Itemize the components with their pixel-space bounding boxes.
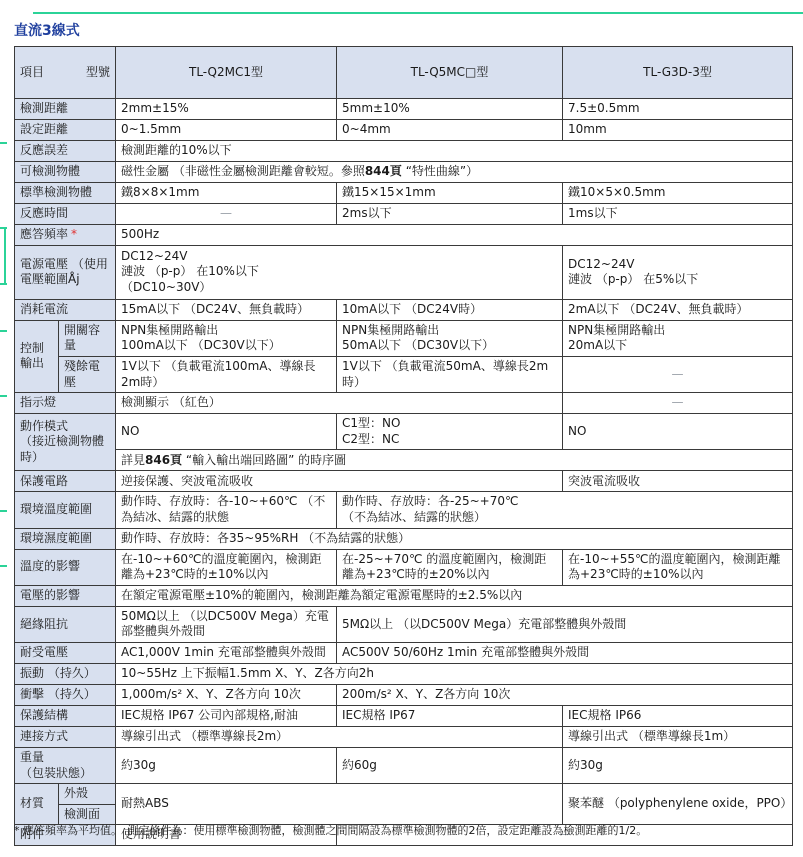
detectable-object-label: 可檢測物體 — [15, 161, 116, 182]
footnote-asterisk: * — [71, 227, 77, 241]
response-freq-value: 500Hz — [116, 224, 793, 245]
page-ref-846: 846頁 — [145, 453, 182, 467]
connection-label: 連接方式 — [15, 726, 116, 747]
row-standard-object: 標準檢測物體 鐵8×8×1mm 鐵15×15×1mm 鐵10×5×0.5mm — [15, 182, 793, 203]
protection-structure-c3: IEC規格 IP66 — [563, 705, 793, 726]
shock-c1: 1,000m/s² X、Y、Z各方向 10次 — [116, 684, 337, 705]
voltage-influence-value: 在額定電源電壓±10%的範圍內，檢測距離為額定電源電壓時的±2.5%以內 — [116, 585, 793, 606]
set-distance-label: 設定距離 — [15, 119, 116, 140]
detect-distance-label: 檢測距離 — [15, 98, 116, 119]
insulation-resistance-c1: 50MΩ以上 （以DC500V Mega）充電部整體與外殼間 — [116, 606, 337, 642]
margin-tick — [0, 330, 7, 332]
ambient-temp-label: 環境溫度範圍 — [15, 492, 116, 528]
row-withstand-voltage: 耐受電壓 AC1,000V 1min 充電部整體與外殼間 AC500V 50/6… — [15, 642, 793, 663]
standard-object-label: 標準檢測物體 — [15, 182, 116, 203]
current-consumption-label: 消耗電流 — [15, 299, 116, 320]
standard-object-c1: 鐵8×8×1mm — [116, 182, 337, 203]
weight-c1: 約30g — [116, 747, 337, 783]
insulation-resistance-c23: 5MΩ以上 （以DC500V Mega）充電部整體與外殼間 — [337, 606, 793, 642]
current-consumption-c3: 2mA以下 （DC24V、無負載時） — [563, 299, 793, 320]
response-time-c2: 2ms以下 — [337, 203, 563, 224]
row-insulation-resistance: 絕緣阻抗 50MΩ以上 （以DC500V Mega）充電部整體與外殼間 5MΩ以… — [15, 606, 793, 642]
shock-c23: 200m/s² X、Y、Z各方向 10次 — [337, 684, 793, 705]
response-time-c3: 1ms以下 — [563, 203, 793, 224]
margin-tick — [0, 283, 7, 285]
insulation-resistance-label: 絕緣阻抗 — [15, 606, 116, 642]
connection-c12: 導線引出式 （標準導線長2m） — [116, 726, 563, 747]
switching-capacity-label: 開關容量 — [59, 320, 116, 356]
row-response-time: 反應時間 — 2ms以下 1ms以下 — [15, 203, 793, 224]
row-protection-structure: 保護結構 IEC規格 IP67 公司內部規格,耐油 IEC規格 IP67 IEC… — [15, 705, 793, 726]
row-operation-mode: 動作模式 （接近檢測物體時） NO C1型：NO C2型：NC NO — [15, 414, 793, 450]
response-error-label: 反應誤差 — [15, 140, 116, 161]
header-model-3: TL-G3D-3型 — [563, 47, 793, 99]
header-item-model: 項目型號 — [15, 47, 116, 99]
set-distance-c3: 10mm — [563, 119, 793, 140]
row-ambient-humidity: 環境濕度範圍 動作時、存放時：各35~95%RH （不為結露的狀態） — [15, 528, 793, 549]
spec-table: 項目型號 TL-Q2MC1型 TL-Q5MC□型 TL-G3D-3型 檢測距離 … — [14, 46, 793, 846]
margin-tick — [0, 565, 7, 567]
row-vibration: 振動 （持久） 10~55Hz 上下振幅1.5mm X、Y、Z各方向2h — [15, 663, 793, 684]
residual-voltage-c2: 1V以下 （負載電流50mA、導線長2m時） — [337, 356, 563, 392]
row-protection-circuit: 保護電路 逆接保護、突波電流吸收 突波電流吸收 — [15, 471, 793, 492]
detect-distance-c3: 7.5±0.5mm — [563, 98, 793, 119]
row-response-freq: 應答頻率* 500Hz — [15, 224, 793, 245]
indicator-c3: — — [563, 393, 793, 414]
margin-tick — [0, 142, 7, 144]
response-freq-text: 應答頻率 — [20, 227, 68, 241]
protection-structure-c1: IEC規格 IP67 公司內部規格,耐油 — [116, 705, 337, 726]
response-freq-label: 應答頻率* — [15, 224, 116, 245]
protection-circuit-label: 保護電路 — [15, 471, 116, 492]
row-detect-distance: 檢測距離 2mm±15% 5mm±10% 7.5±0.5mm — [15, 98, 793, 119]
temp-influence-c1: 在-10~+60℃的溫度範圍內，檢測距離為+23℃時的±10%以內 — [116, 549, 337, 585]
header-row: 項目型號 TL-Q2MC1型 TL-Q5MC□型 TL-G3D-3型 — [15, 47, 793, 99]
vibration-label: 振動 （持久） — [15, 663, 116, 684]
standard-object-c2: 鐵15×15×1mm — [337, 182, 563, 203]
current-consumption-c1: 15mA以下 （DC24V、無負載時） — [116, 299, 337, 320]
header-model-label: 型號 — [86, 65, 110, 81]
withstand-voltage-c1: AC1,000V 1min 充電部整體與外殼間 — [116, 642, 337, 663]
header-model-1: TL-Q2MC1型 — [116, 47, 337, 99]
residual-voltage-c3: — — [563, 356, 793, 392]
row-current-consumption: 消耗電流 15mA以下 （DC24V、無負載時） 10mA以下 （DC24V時）… — [15, 299, 793, 320]
row-response-error: 反應誤差 檢測距離的10%以下 — [15, 140, 793, 161]
row-material-case: 材質 外殼 耐熱ABS 聚苯醚 （polyphenylene oxide，PPO… — [15, 784, 793, 805]
detect-distance-c2: 5mm±10% — [337, 98, 563, 119]
temp-influence-c3: 在-10~+55℃的溫度範圍內，檢測距離為+23℃時的±10%以內 — [563, 549, 793, 585]
row-ambient-temp: 環境溫度範圍 動作時、存放時：各-10~+60℃ （不為結冰、結露的狀態 動作時… — [15, 492, 793, 528]
residual-voltage-label: 殘餘電壓 — [59, 356, 116, 392]
timing-chart-note: 詳見846頁 “輸入輸出端回路圖” 的時序圖 — [116, 450, 793, 471]
row-connection: 連接方式 導線引出式 （標準導線長2m） 導線引出式 （標準導線長1m） — [15, 726, 793, 747]
detect-distance-c1: 2mm±15% — [116, 98, 337, 119]
set-distance-c2: 0~4mm — [337, 119, 563, 140]
page-title: 直流3線式 — [14, 20, 80, 40]
ambient-temp-c23: 動作時、存放時：各-25~+70℃ （不為結冰、結露的狀態） — [337, 492, 793, 528]
response-time-label: 反應時間 — [15, 203, 116, 224]
margin-tick — [0, 510, 7, 512]
material-c12: 耐熱ABS — [116, 784, 563, 825]
temp-influence-label: 溫度的影響 — [15, 549, 116, 585]
temp-influence-c2: 在-25~+70℃ 的溫度範圍內，檢測距離為+23℃時的±20%以內 — [337, 549, 563, 585]
operation-mode-c3: NO — [563, 414, 793, 450]
row-power-voltage: 電源電壓 （使用電壓範圍Åj DC12~24V 漣波 （p-p） 在10%以下 … — [15, 245, 793, 299]
header-item-label: 項目 — [20, 65, 44, 81]
weight-c2: 約60g — [337, 747, 563, 783]
shock-label: 衝擊 （持久） — [15, 684, 116, 705]
weight-c3: 約30g — [563, 747, 793, 783]
control-output-label: 控制輸出 — [15, 320, 59, 392]
row-voltage-influence: 電壓的影響 在額定電源電壓±10%的範圍內，檢測距離為額定電源電壓時的±2.5%… — [15, 585, 793, 606]
voltage-influence-label: 電壓的影響 — [15, 585, 116, 606]
vibration-value: 10~55Hz 上下振幅1.5mm X、Y、Z各方向2h — [116, 663, 793, 684]
response-error-value: 檢測距離的10%以下 — [116, 140, 793, 161]
switching-capacity-c3: NPN集極開路輸出 20mA以下 — [563, 320, 793, 356]
row-set-distance: 設定距離 0~1.5mm 0~4mm 10mm — [15, 119, 793, 140]
protection-structure-label: 保護結構 — [15, 705, 116, 726]
top-divider — [33, 12, 803, 14]
indicator-label: 指示燈 — [15, 393, 116, 414]
set-distance-c1: 0~1.5mm — [116, 119, 337, 140]
detectable-object-text: 磁性金屬 （非磁性金屬檢測距離會較短。參照 — [121, 164, 365, 178]
ambient-temp-c1: 動作時、存放時：各-10~+60℃ （不為結冰、結露的狀態 — [116, 492, 337, 528]
withstand-voltage-label: 耐受電壓 — [15, 642, 116, 663]
row-indicator: 指示燈 檢測顯示 （紅色） — — [15, 393, 793, 414]
detectable-object-value: 磁性金屬 （非磁性金屬檢測距離會較短。參照844頁 “特性曲線”） — [116, 161, 793, 182]
row-weight: 重量 （包裝狀態） 約30g 約60g 約30g — [15, 747, 793, 783]
timing-note-text: 詳見 — [121, 453, 145, 467]
detectable-object-text2: “特性曲線”） — [402, 164, 478, 178]
power-voltage-c12: DC12~24V 漣波 （p-p） 在10%以下 （DC10~30V） — [116, 245, 563, 299]
row-switching-capacity: 控制輸出 開關容量 NPN集極開路輸出 100mA以下 （DC30V以下） NP… — [15, 320, 793, 356]
row-temp-influence: 溫度的影響 在-10~+60℃的溫度範圍內，檢測距離為+23℃時的±10%以內 … — [15, 549, 793, 585]
power-voltage-label: 電源電壓 （使用電壓範圍Åj — [15, 245, 116, 299]
operation-mode-label: 動作模式 （接近檢測物體時） — [15, 414, 116, 471]
power-voltage-c3: DC12~24V 漣波 （p-p） 在5%以下 — [563, 245, 793, 299]
timing-note-text2: “輸入輸出端回路圖” 的時序圖 — [182, 453, 346, 467]
residual-voltage-c1: 1V以下 （負載電流100mA、導線長2m時） — [116, 356, 337, 392]
connection-c3: 導線引出式 （標準導線長1m） — [563, 726, 793, 747]
material-label: 材質 — [15, 784, 59, 825]
protection-structure-c2: IEC規格 IP67 — [337, 705, 563, 726]
page-ref-844: 844頁 — [365, 164, 402, 178]
row-timing-chart: 詳見846頁 “輸入輸出端回路圖” 的時序圖 — [15, 450, 793, 471]
row-detectable-object: 可檢測物體 磁性金屬 （非磁性金屬檢測距離會較短。參照844頁 “特性曲線”） — [15, 161, 793, 182]
switching-capacity-c1: NPN集極開路輸出 100mA以下 （DC30V以下） — [116, 320, 337, 356]
operation-mode-c2: C1型：NO C2型：NC — [337, 414, 563, 450]
row-residual-voltage: 殘餘電壓 1V以下 （負載電流100mA、導線長2m時） 1V以下 （負載電流5… — [15, 356, 793, 392]
response-time-c1: — — [116, 203, 337, 224]
row-shock: 衝擊 （持久） 1,000m/s² X、Y、Z各方向 10次 200m/s² X… — [15, 684, 793, 705]
indicator-c12: 檢測顯示 （紅色） — [116, 393, 563, 414]
operation-mode-c1: NO — [116, 414, 337, 450]
standard-object-c3: 鐵10×5×0.5mm — [563, 182, 793, 203]
current-consumption-c2: 10mA以下 （DC24V時） — [337, 299, 563, 320]
protection-circuit-c12: 逆接保護、突波電流吸收 — [116, 471, 563, 492]
margin-bracket — [4, 227, 6, 283]
withstand-voltage-c23: AC500V 50/60Hz 1min 充電部整體與外殼間 — [337, 642, 793, 663]
protection-circuit-c3: 突波電流吸收 — [563, 471, 793, 492]
weight-label: 重量 （包裝狀態） — [15, 747, 116, 783]
material-c3: 聚苯醚 （polyphenylene oxide，PPO） — [563, 784, 793, 825]
margin-tick — [0, 395, 7, 397]
switching-capacity-c2: NPN集極開路輸出 50mA以下 （DC30V以下） — [337, 320, 563, 356]
footnote: * 應答頻率為平均值。 測定條件為：使用標準檢測物體，檢測體之間間隔設為標準檢測… — [14, 822, 794, 838]
material-case-label: 外殼 — [59, 784, 116, 805]
header-model-2: TL-Q5MC□型 — [337, 47, 563, 99]
ambient-humidity-value: 動作時、存放時：各35~95%RH （不為結露的狀態） — [116, 528, 793, 549]
ambient-humidity-label: 環境濕度範圍 — [15, 528, 116, 549]
